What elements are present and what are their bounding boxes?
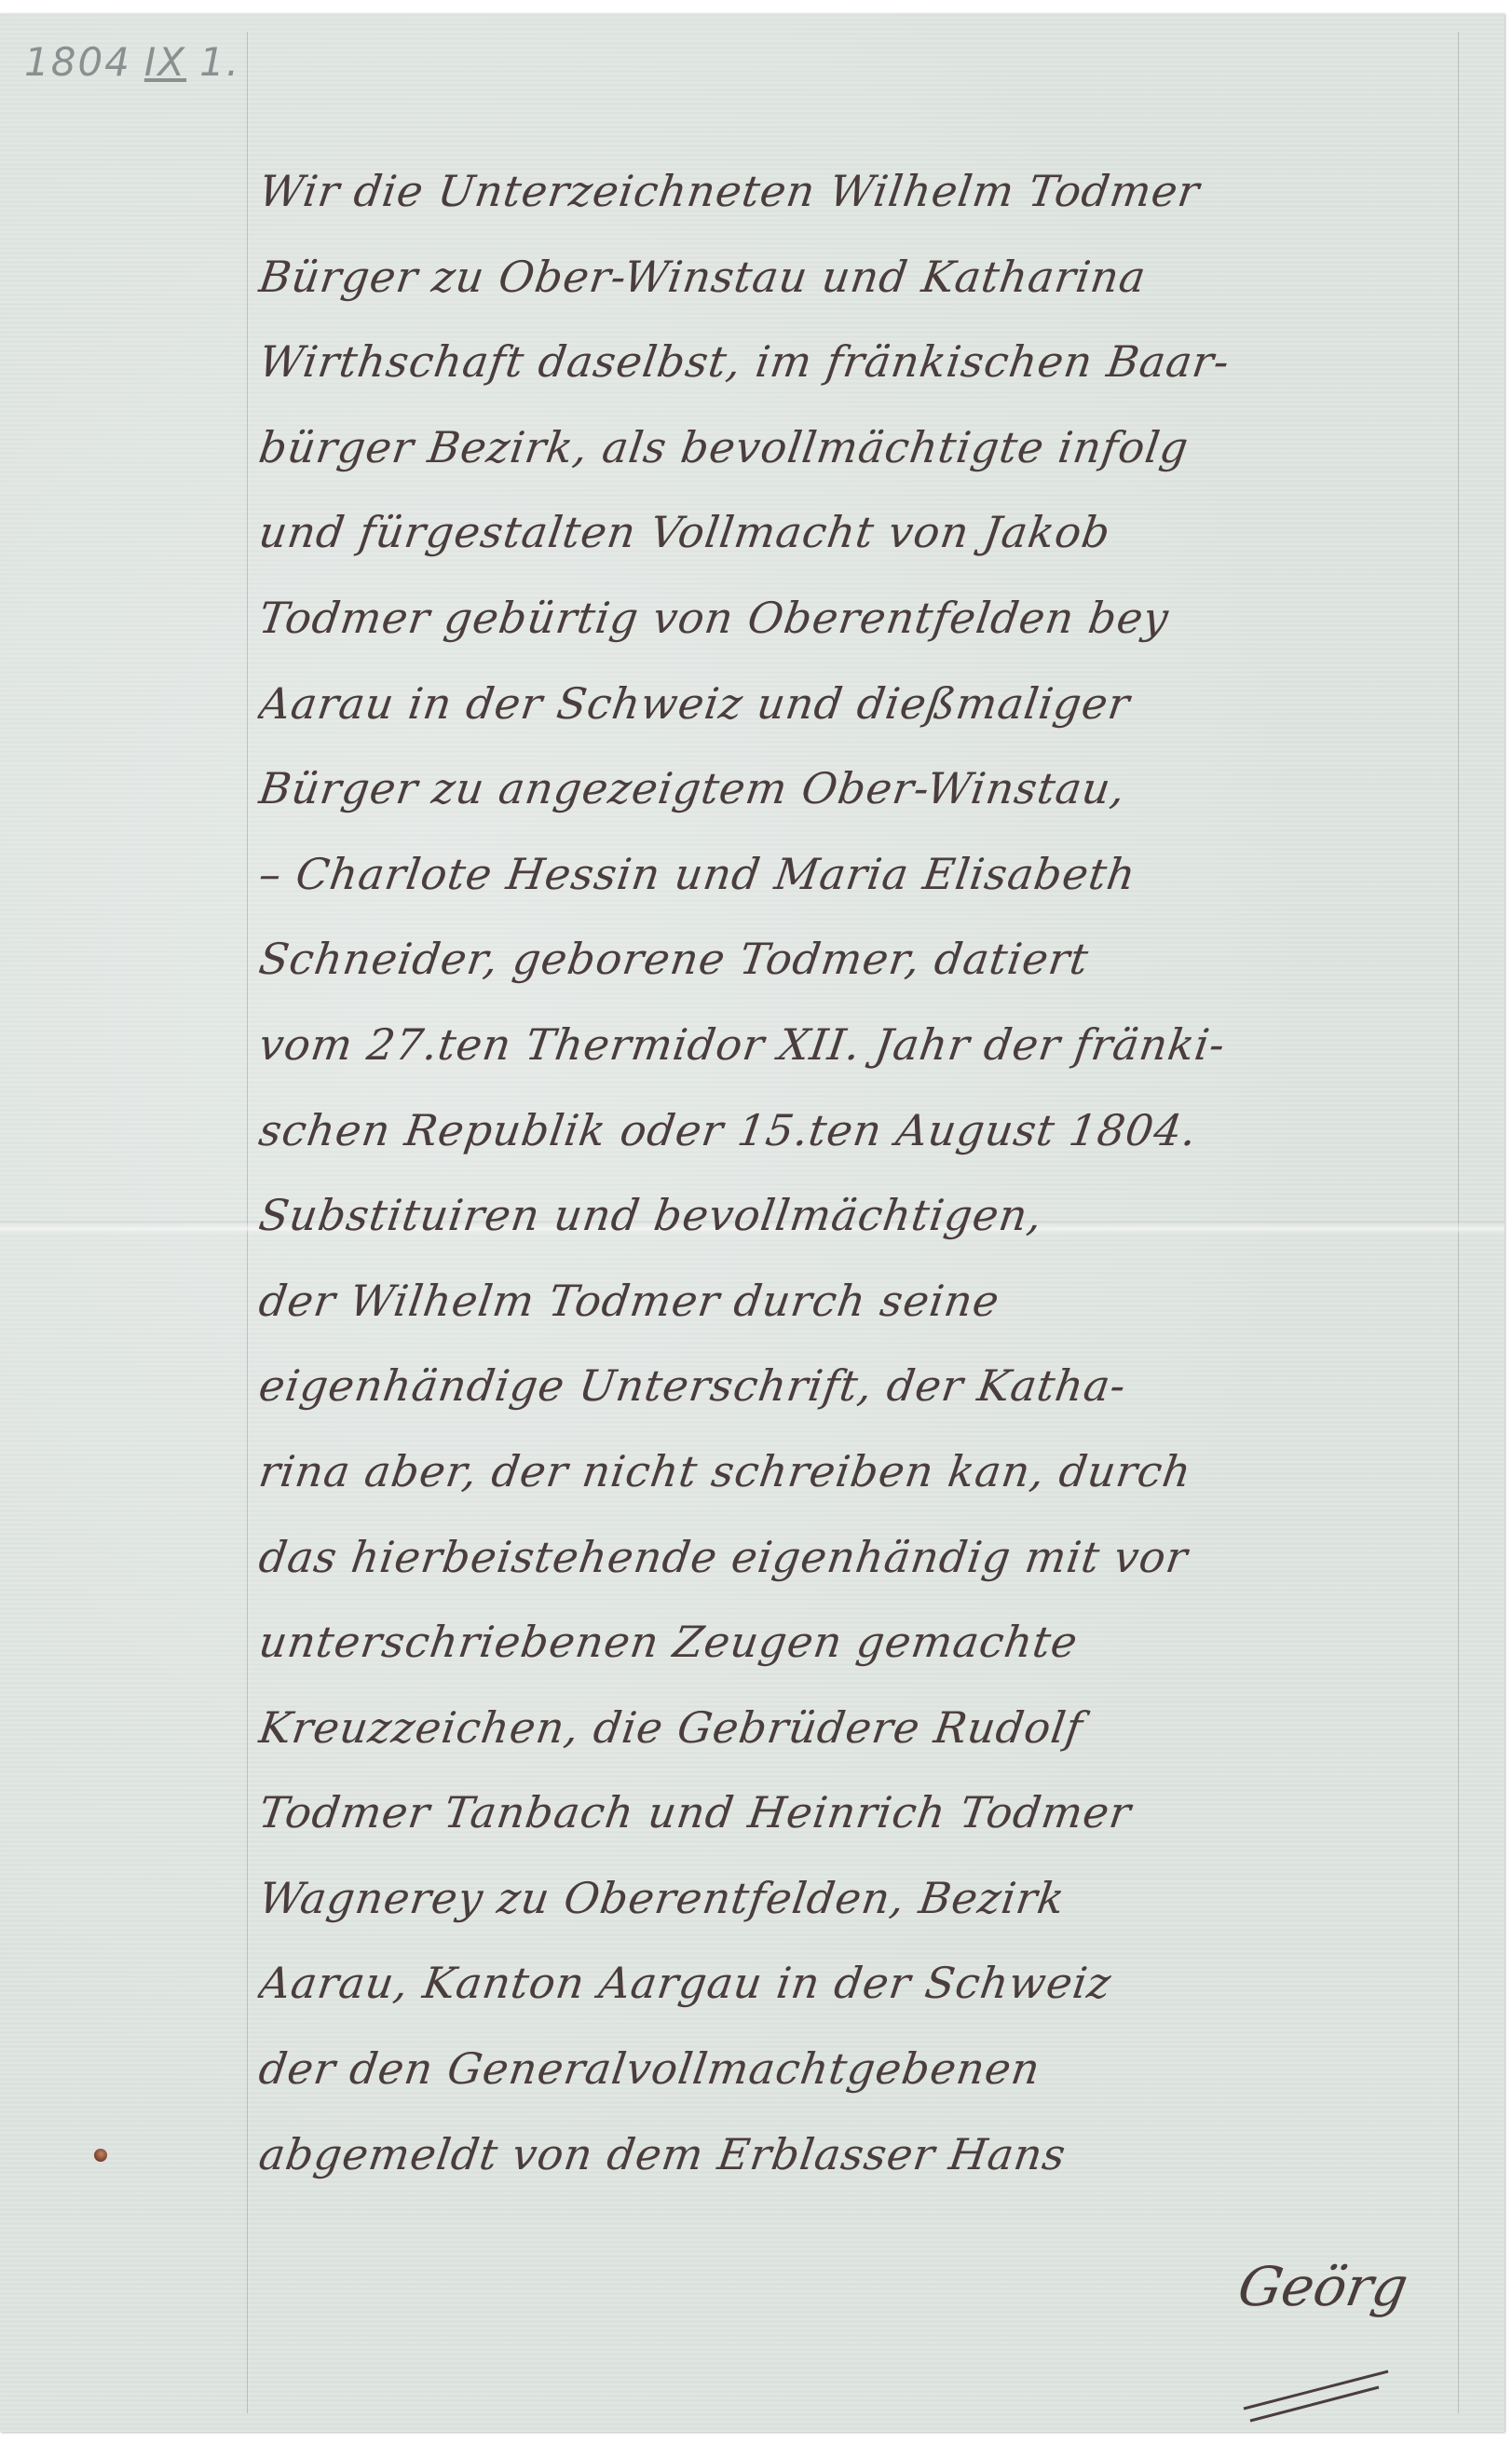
archive-number: 1. <box>199 39 240 85</box>
text-line-4: bürger Bezirk, als bevollmächtigte infol… <box>253 405 1467 491</box>
handwritten-body: Wir die Unterzeichneten Wilhelm Todmer B… <box>253 149 1455 2197</box>
text-line-11: vom 27.ten Thermidor XII. Jahr der fränk… <box>253 1003 1467 1088</box>
text-line-22: Aarau, Kanton Aargau in der Schweiz <box>253 1941 1467 2027</box>
text-line-13: Substituiren und bevollmächtigen, <box>253 1173 1467 1259</box>
text-line-14: der Wilhelm Todmer durch seine <box>253 1259 1467 1345</box>
ink-stain-spot <box>94 2149 107 2162</box>
text-line-6: Todmer gebürtig von Oberentfelden bey <box>253 576 1467 662</box>
text-line-16: rina aber, der nicht schreiben kan, durc… <box>253 1429 1467 1515</box>
text-line-10: Schneider, geborene Todmer, datiert <box>253 917 1467 1003</box>
text-line-24: abgemeldt von dem Erblasser Hans <box>253 2112 1467 2198</box>
text-line-15: eigenhändige Unterschrift, der Katha- <box>253 1344 1467 1429</box>
text-line-3: Wirthschaft daselbst, im fränkischen Baa… <box>253 320 1467 405</box>
text-line-21: Wagnerey zu Oberentfelden, Bezirk <box>253 1856 1467 1942</box>
text-line-8: Bürger zu angezeigtem Ober-Winstau, <box>253 746 1467 832</box>
text-line-7: Aarau in der Schweiz und dießmaliger <box>253 662 1467 747</box>
text-line-12: schen Republik oder 15.ten August 1804. <box>253 1088 1467 1174</box>
text-line-9: – Charlote Hessin und Maria Elisabeth <box>253 832 1467 918</box>
text-line-1: Wir die Unterzeichneten Wilhelm Todmer <box>253 149 1467 235</box>
archive-roman-numeral: IX <box>144 39 186 85</box>
text-line-19: Kreuzzeichen, die Gebrüdere Rudolf <box>253 1686 1467 1771</box>
archive-year: 1804 <box>24 39 131 85</box>
archive-reference-mark: 1804IX1. <box>24 39 240 85</box>
text-line-17: das hierbeistehende eigenhändig mit vor <box>253 1515 1467 1601</box>
signature-word: Geörg <box>1233 2255 1412 2318</box>
text-line-23: der den Generalvollmachtgebenen <box>253 2027 1467 2112</box>
text-line-5: und fürgestalten Vollmacht von Jakob <box>253 490 1467 576</box>
text-line-18: unterschriebenen Zeugen gemachte <box>253 1600 1467 1686</box>
text-line-2: Bürger zu Ober-Winstau und Katharina <box>253 235 1467 321</box>
text-line-20: Todmer Tanbach und Heinrich Todmer <box>253 1770 1467 1856</box>
signature-double-underline <box>1239 2367 1397 2423</box>
